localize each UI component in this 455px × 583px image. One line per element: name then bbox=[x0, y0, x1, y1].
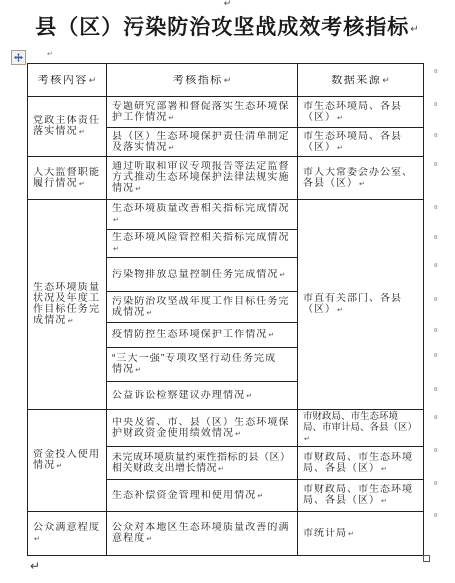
indicator-text: 生态环境质量改善相关指标完成情况 bbox=[112, 203, 290, 214]
indicator-cell[interactable]: 生态环境质量改善相关指标完成情况↵ bbox=[107, 200, 298, 230]
end-of-cell-mark: ↵ bbox=[337, 115, 343, 122]
end-of-cell-mark: ↵ bbox=[113, 246, 119, 253]
end-of-cell-mark: ↵ bbox=[89, 75, 97, 85]
source-text: 市生态环境局、各县 （区） bbox=[303, 131, 402, 153]
end-of-row-mark: ¤ bbox=[434, 387, 438, 394]
table-row: 资金投入使用 情况↵ 中央及省、市、县（区）生态环境保 护财政资金使用绩效情况↵… bbox=[28, 410, 424, 447]
indicator-cell[interactable]: 专题研究部署和督促落实生态环境保 护工作情况↵ bbox=[107, 97, 298, 128]
end-of-cell-mark: ↵ bbox=[169, 115, 175, 122]
end-of-cell-mark: ↵ bbox=[304, 436, 310, 443]
indicator-text: 公众对本地区生态环境质量改善的满 意程度 bbox=[112, 522, 290, 544]
group-cell-public-satisfaction[interactable]: 公众满意程度↵ bbox=[28, 512, 107, 556]
end-of-cell-mark: ↵ bbox=[359, 181, 365, 188]
indicator-cell[interactable]: 污染防治攻坚战年度工作目标任务完 成情况↵ bbox=[107, 292, 298, 323]
end-of-cell-mark: ↵ bbox=[79, 181, 85, 188]
indicator-cell[interactable]: 生态环境风险管控相关指标完成情况↵ bbox=[107, 230, 298, 258]
end-of-cell-mark: ↵ bbox=[382, 75, 390, 85]
header-cell-assessment-content[interactable]: 考核内容↵ bbox=[28, 64, 107, 97]
indicator-text: 疫情防控生态环境保护工作情况 bbox=[112, 329, 267, 340]
end-of-row-mark: ¤ bbox=[434, 102, 438, 109]
end-of-cell-mark: ↵ bbox=[34, 536, 40, 543]
source-text: 市财政局、市生态环境 局、市审计局、各县（区） bbox=[303, 411, 417, 433]
end-of-row-mark: ¤ bbox=[434, 133, 438, 140]
indicator-text: 污染防治攻坚战年度工作目标任务完 成情况 bbox=[112, 296, 290, 318]
header-row: 考核内容↵ 考核指标↵ 数据来源↵ bbox=[28, 64, 424, 97]
header-cell-data-source[interactable]: 数据来源↵ bbox=[298, 64, 424, 97]
end-of-cell-mark: ↵ bbox=[257, 493, 263, 500]
table-resize-handle[interactable] bbox=[423, 555, 430, 562]
indicator-cell[interactable]: 疫情防控生态环境保护工作情况↵ bbox=[107, 323, 298, 348]
indicator-cell[interactable]: 通过听取和审议专项报告等法定监督 方式推动生态环境保护法律法规实施 情况↵ bbox=[107, 157, 298, 200]
end-of-cell-mark: ↵ bbox=[146, 536, 152, 543]
end-of-cell-mark: ↵ bbox=[280, 272, 286, 279]
group-label: 人大监督职能 履行情况 bbox=[33, 167, 100, 189]
end-of-row-mark: ¤ bbox=[434, 297, 438, 304]
table-row: 人大监督职能 履行情况↵ 通过听取和审议专项报告等法定监督 方式推动生态环境保护… bbox=[28, 157, 424, 200]
end-of-cell-mark: ↵ bbox=[68, 318, 74, 325]
paragraph-mark: ↵ bbox=[30, 560, 40, 572]
header-label: 数据来源 bbox=[331, 75, 381, 86]
indicator-cell[interactable]: 中央及省、市、县（区）生态环境保 护财政资金使用绩效情况↵ bbox=[107, 410, 298, 447]
source-text: 市统计局 bbox=[303, 528, 347, 539]
source-text: 市人大常委会办公室、 各县（区） bbox=[303, 167, 413, 189]
end-of-cell-mark: ↵ bbox=[224, 75, 232, 85]
end-of-cell-mark: ↵ bbox=[337, 145, 343, 152]
indicator-cell[interactable]: “三大一强”专项攻坚行动任务完成 情况↵ bbox=[107, 348, 298, 382]
source-text: 市生态环境局、各县 （区） bbox=[303, 101, 402, 123]
group-cell-party-responsibility[interactable]: 党政主体责任 落实情况↵ bbox=[28, 97, 107, 157]
end-of-row-mark: ¤ bbox=[434, 415, 438, 422]
page-title-text: 县（区）污染防治攻坚战成效考核指标 bbox=[35, 16, 409, 39]
source-cell[interactable]: 市生态环境局、各县 （区）↵ bbox=[298, 97, 424, 128]
source-text: 市财政局、市生态环境 局、各县（区） bbox=[303, 452, 413, 474]
source-cell[interactable]: 市生态环境局、各县 （区）↵ bbox=[298, 128, 424, 157]
indicator-text: 县（区）生态环境保护责任清单制定 及落实情况 bbox=[112, 131, 290, 153]
end-of-cell-mark: ↵ bbox=[169, 145, 175, 152]
end-of-row-mark: ¤ bbox=[434, 448, 438, 455]
end-of-row-mark: ¤ bbox=[434, 481, 438, 488]
end-of-cell-mark: ↵ bbox=[113, 217, 119, 224]
header-label: 考核内容 bbox=[38, 75, 88, 86]
end-of-cell-mark: ↵ bbox=[146, 310, 152, 317]
indicator-cell[interactable]: 生态补偿资金管理和使用情况↵ bbox=[107, 480, 298, 512]
source-cell[interactable]: 市人大常委会办公室、 各县（区）↵ bbox=[298, 157, 424, 200]
indicator-cell[interactable]: 公益诉讼检察建议办理情况↵ bbox=[107, 382, 298, 410]
end-of-cell-mark: ↵ bbox=[381, 466, 387, 473]
end-of-row-mark: ¤ bbox=[434, 235, 438, 242]
group-cell-funds-usage[interactable]: 资金投入使用 情况↵ bbox=[28, 410, 107, 512]
table-row: 生态环境质量 状况及年度工 作目标任务完 成情况↵ 生态环境质量改善相关指标完成… bbox=[28, 200, 424, 230]
end-of-row-mark: ¤ bbox=[434, 353, 438, 360]
paragraph-mark: ↵ bbox=[410, 24, 419, 35]
end-of-cell-mark: ↵ bbox=[235, 431, 241, 438]
end-of-row-mark: ¤ bbox=[434, 69, 438, 76]
header-label: 考核指标 bbox=[173, 75, 223, 86]
end-of-row-mark: ¤ bbox=[434, 205, 438, 212]
end-of-cell-mark: ↵ bbox=[56, 463, 62, 470]
header-cell-assessment-indicator[interactable]: 考核指标↵ bbox=[107, 64, 298, 97]
table-move-handle[interactable] bbox=[11, 50, 26, 65]
indicator-text: 生态环境风险管控相关指标完成情况 bbox=[112, 232, 290, 243]
indicator-text: 专题研究部署和督促落实生态环境保 护工作情况 bbox=[112, 101, 290, 123]
end-of-row-mark: ¤ bbox=[434, 328, 438, 335]
source-cell[interactable]: 市财政局、市生态环境 局、各县（区）↵ bbox=[298, 480, 424, 512]
indicator-cell[interactable]: 污染物排放总量控制任务完成情况↵ bbox=[107, 258, 298, 292]
end-of-cell-mark: ↵ bbox=[79, 129, 85, 136]
indicator-text: 中央及省、市、县（区）生态环境保 护财政资金使用绩效情况 bbox=[112, 417, 290, 439]
paragraph-mark: ↵ bbox=[47, 51, 53, 58]
source-text: 市财政局、市生态环境 局、各县（区） bbox=[303, 484, 413, 506]
source-text: 市直有关部门、各县 （区） bbox=[303, 293, 402, 315]
group-label: 党政主体责任 落实情况 bbox=[33, 115, 100, 137]
end-of-row-mark: ¤ bbox=[434, 162, 438, 169]
indicator-text: 公益诉讼检察建议办理情况 bbox=[112, 390, 245, 401]
paragraph-mark: ↵ bbox=[0, 0, 455, 8]
end-of-cell-mark: ↵ bbox=[246, 393, 252, 400]
indicator-cell[interactable]: 未完成环境质量约束性指标的县（区） 相关财政支出增长情况↵ bbox=[107, 447, 298, 480]
end-of-cell-mark: ↵ bbox=[381, 498, 387, 505]
indicator-text: 生态补偿资金管理和使用情况 bbox=[112, 490, 256, 501]
table-row: 党政主体责任 落实情况↵ 专题研究部署和督促落实生态环境保 护工作情况↵ 市生态… bbox=[28, 97, 424, 128]
end-of-cell-mark: ↵ bbox=[268, 332, 274, 339]
end-of-cell-mark: ↵ bbox=[337, 307, 343, 314]
end-of-cell-mark: ↵ bbox=[348, 531, 354, 538]
source-cell[interactable]: 市财政局、市生态环境 局、市审计局、各县（区）↵ bbox=[298, 410, 424, 447]
end-of-cell-mark: ↵ bbox=[135, 186, 141, 193]
end-of-cell-mark: ↵ bbox=[218, 466, 224, 473]
indicator-text: 污染物排放总量控制任务完成情况 bbox=[112, 269, 279, 280]
table-row: 公众满意程度↵ 公众对本地区生态环境质量改善的满 意程度↵ 市统计局↵ bbox=[28, 512, 424, 556]
move-arrows-icon bbox=[14, 53, 23, 62]
end-of-cell-mark: ↵ bbox=[135, 367, 141, 374]
end-of-row-mark: ¤ bbox=[434, 263, 438, 270]
group-cell-npc-supervision[interactable]: 人大监督职能 履行情况↵ bbox=[28, 157, 107, 200]
indicator-text: 未完成环境质量约束性指标的县（区） 相关财政支出增长情况 bbox=[112, 452, 291, 474]
source-cell-merged[interactable]: 市直有关部门、各县 （区）↵ bbox=[298, 200, 424, 410]
source-cell[interactable]: 市财政局、市生态环境 局、各县（区）↵ bbox=[298, 447, 424, 480]
end-of-row-mark: ¤ bbox=[434, 513, 438, 520]
source-cell[interactable]: 市统计局↵ bbox=[298, 512, 424, 556]
group-cell-eco-quality[interactable]: 生态环境质量 状况及年度工 作目标任务完 成情况↵ bbox=[28, 200, 107, 410]
group-label: 生态环境质量 状况及年度工 作目标任务完 成情况 bbox=[33, 282, 100, 326]
indicator-cell[interactable]: 公众对本地区生态环境质量改善的满 意程度↵ bbox=[107, 512, 298, 556]
page-title[interactable]: 县（区）污染防治攻坚战成效考核指标↵ bbox=[0, 11, 455, 41]
assessment-indicator-table: 考核内容↵ 考核指标↵ 数据来源↵ 党政主体责任 落实情况↵ 专题研究部署和督促… bbox=[27, 63, 424, 556]
group-label: 公众满意程度 bbox=[33, 522, 100, 533]
group-label: 资金投入使用 情况 bbox=[33, 449, 100, 471]
indicator-cell[interactable]: 县（区）生态环境保护责任清单制定 及落实情况↵ bbox=[107, 128, 298, 157]
